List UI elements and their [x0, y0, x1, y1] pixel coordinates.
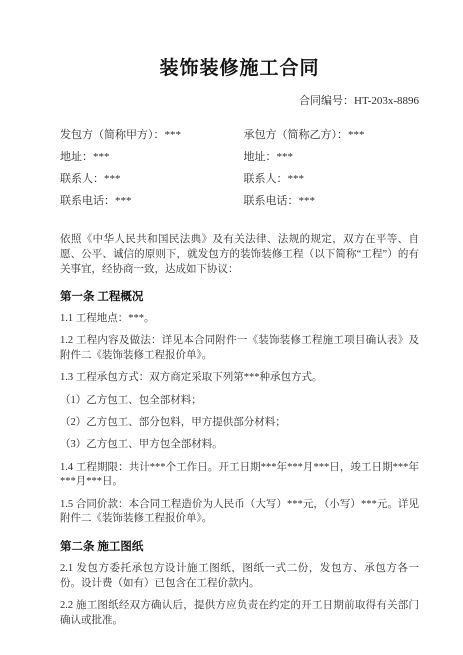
party-b-column: 承包方（简称乙方）：*** 地址：*** 联系人：*** 联系电话：*** [244, 129, 420, 217]
party-a-column: 发包方（简称甲方）：*** 地址：*** 联系人：*** 联系电话：*** [60, 129, 236, 217]
party-a-phone: 联系电话：*** [60, 195, 236, 208]
clause-1-3-option-1: （1）乙方包工、包全部材料； [60, 394, 419, 409]
section-1-heading: 第一条 工程概况 [60, 290, 419, 305]
document-title: 装饰装修施工合同 [60, 56, 419, 82]
party-b-address: 地址：*** [244, 151, 420, 164]
clause-1-2: 1.2 工程内容及做法：详见本合同附件一《装饰装修工程施工项目确认表》及附件二《… [60, 334, 419, 364]
party-a-name: 发包方（简称甲方）：*** [60, 129, 236, 142]
parties-block: 发包方（简称甲方）：*** 地址：*** 联系人：*** 联系电话：*** 承包… [60, 129, 419, 217]
clause-2-1: 2.1 发包方委托承包方设计施工图纸，图纸一式二份，发包方、承包方各一份。设计费… [60, 562, 419, 592]
clause-1-1: 1.1 工程地点：***。 [60, 312, 419, 327]
clause-1-3: 1.3 工程承包方式：双方商定采取下列第***种承包方式。 [60, 371, 419, 386]
section-2-heading: 第二条 施工图纸 [60, 540, 419, 555]
party-b-contact: 联系人：*** [244, 173, 420, 186]
clause-1-3-option-3: （3）乙方包工、甲方包全部材料。 [60, 438, 419, 453]
party-a-address: 地址：*** [60, 151, 236, 164]
contract-number: 合同编号：HT-203x-8896 [60, 94, 419, 109]
contract-number-value: HT-203x-8896 [354, 95, 419, 107]
clause-1-4: 1.4 工程期限：共计***个工作日。开工日期***年***月***日，竣工日期… [60, 461, 419, 491]
clause-1-3-option-2: （2）乙方包工、部分包料，甲方提供部分材料； [60, 416, 419, 431]
party-b-phone: 联系电话：*** [244, 195, 420, 208]
clause-2-2: 2.2 施工图纸经双方确认后，提供方应负责在约定的开工日期前取得有关部门确认或批… [60, 599, 419, 629]
party-a-contact: 联系人：*** [60, 173, 236, 186]
contract-document: 装饰装修施工合同 合同编号：HT-203x-8896 发包方（简称甲方）：***… [0, 0, 463, 655]
preamble-paragraph: 依照《中华人民共和国民法典》及有关法律、法规的规定，双方在平等、自愿、公平、诚信… [60, 232, 419, 277]
party-b-name: 承包方（简称乙方）：*** [244, 129, 420, 142]
contract-number-label: 合同编号： [299, 95, 354, 107]
clause-1-5: 1.5 合同价款：本合同工程造价为人民币（大写）***元，（小写）***元。详见… [60, 498, 419, 528]
